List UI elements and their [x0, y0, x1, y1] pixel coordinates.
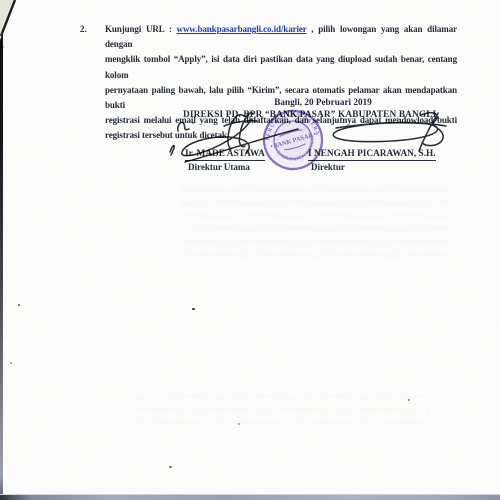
- scan-speck: [192, 308, 195, 310]
- scan-speck: [10, 362, 12, 364]
- line1-pre: Kunjungi URL :: [105, 24, 177, 34]
- scanned-page: 2. Kunjungi URL : www.bankpasarbangli.co…: [0, 0, 500, 500]
- bleed-through-ghost: [130, 384, 430, 424]
- scan-edge-left: [0, 0, 3, 500]
- scan-corner-top-left: [0, 0, 26, 56]
- item-number: 2.: [80, 22, 105, 144]
- paragraph-line-2: mengklik tombol “Apply”, isi data diri p…: [105, 52, 457, 82]
- scan-speck: [238, 423, 240, 425]
- scan-edge-bottom: [0, 494, 500, 500]
- signature-ink-left: [170, 113, 298, 162]
- paragraph-line-1: Kunjungi URL : www.bankpasarbangli.co.id…: [105, 22, 457, 52]
- career-url-link[interactable]: www.bankpasarbangli.co.id/karier: [177, 24, 307, 34]
- scan-speck: [408, 399, 410, 401]
- bleed-through-ghost: [180, 186, 450, 256]
- signature-ink: [158, 104, 468, 182]
- signature-ink-right: [333, 113, 446, 151]
- scan-speck: [18, 304, 20, 306]
- scan-speck: [169, 466, 172, 468]
